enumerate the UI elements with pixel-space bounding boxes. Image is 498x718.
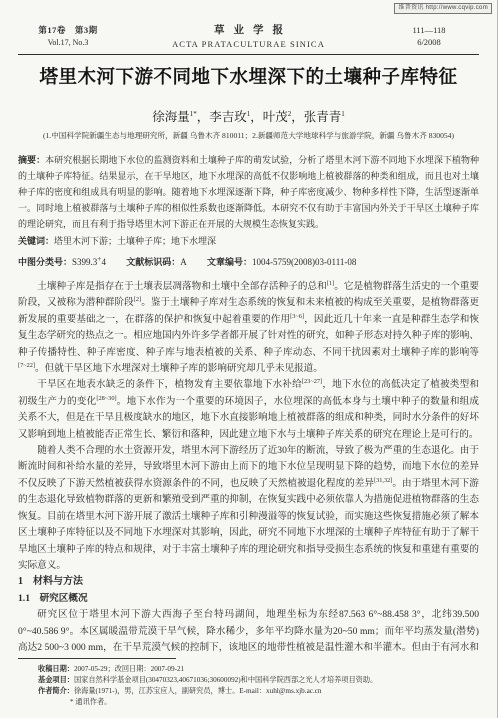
- abstract-text: 本研究根据长期地下水位的监测资料和土壤种子库的萌发试验，分析了塔里木河下游不同地…: [18, 155, 479, 229]
- footnote-corresponding-author: * 通讯作者。: [38, 697, 479, 708]
- article-no-item: 文章编号：1004-5759(2008)03-0111-08: [207, 257, 356, 267]
- body-paragraph-2: 干旱区在地表水缺乏的条件下，植物发育主要依靠地下水补给[23~27]，地下水位的…: [18, 377, 479, 443]
- footnote-author-bio: 作者简介：徐海量(1971-)，男，江苏宝应人，副研究员，博士。E-mail：x…: [38, 686, 479, 697]
- abstract-label: 摘要：: [18, 155, 45, 165]
- journal-title-en: ACTA PRATACULTURAE SINICA: [116, 39, 381, 49]
- footnote-funding: 基金项目：国家自然科学基金项目(30470323,40671036;306000…: [38, 675, 479, 686]
- doc-code-value: A: [180, 257, 187, 267]
- body-paragraph-1: 土壤种子库是指存在于土壤表层凋落物和土壤中全部存活种子的总和[1]。它是植物群落…: [18, 279, 479, 377]
- header-volume-block: 第17卷 第3期 Vol.17, No.3: [20, 24, 116, 47]
- authors-line: 徐海量1*，李吉玫1，叶茂2，张青青1: [18, 107, 479, 125]
- abstract-block: 摘要：本研究根据长期地下水位的监测资料和土壤种子库的萌发试验，分析了塔里木河下游…: [18, 152, 479, 232]
- footnote-divider: [18, 658, 176, 659]
- volume-issue-en: Vol.17, No.3: [20, 38, 116, 47]
- article-body: 土壤种子库是指存在于土壤表层凋落物和土壤中全部存活种子的总和[1]。它是植物群落…: [18, 279, 479, 689]
- clc-item: 中图分类号：S399.3+4: [18, 257, 106, 267]
- volume-issue-cn: 第17卷 第3期: [20, 24, 116, 36]
- header-issue-block: 111—118 6/2008: [381, 25, 477, 47]
- cqvip-watermark: 维普资讯 http://www.cqvip.com: [394, 3, 492, 14]
- keywords-line: 关键词：塔里木河下游；土壤种子库；地下水埋深: [18, 233, 479, 249]
- article-no-label: 文章编号：: [207, 257, 252, 267]
- article-title: 塔里木河下游不同地下水埋深下的土壤种子库特征: [18, 66, 479, 90]
- clc-value: S399.3+4: [72, 257, 106, 267]
- journal-title-cn: 草业学报: [116, 22, 381, 37]
- clc-label: 中图分类号：: [18, 257, 72, 267]
- footnote-received-date: 收稿日期：2007-05-29；改回日期：2007-09-21: [38, 664, 479, 675]
- journal-page: 维普资讯 http://www.cqvip.com 第17卷 第3期 Vol.1…: [0, 0, 498, 718]
- section-heading-1-1: 1.1 研究区概况: [18, 591, 479, 607]
- keywords-text: 塔里木河下游；土壤种子库；地下水埋深: [54, 236, 216, 246]
- issue-date: 6/2008: [381, 37, 477, 47]
- affiliation-line: (1.中国科学院新疆生态与地理研究所，新疆 乌鲁木齐 810011；2.新疆师范…: [18, 130, 479, 141]
- page-range: 111—118: [381, 25, 477, 35]
- footnote-block: 收稿日期：2007-05-29；改回日期：2007-09-21 基金项目：国家自…: [18, 656, 479, 708]
- page-content: 第17卷 第3期 Vol.17, No.3 草业学报 ACTA PRATACUL…: [0, 0, 497, 689]
- doc-code-item: 文献标识码：A: [126, 257, 187, 267]
- footnotes: 收稿日期：2007-05-29；改回日期：2007-09-21 基金项目：国家自…: [18, 664, 479, 708]
- journal-header: 第17卷 第3期 Vol.17, No.3 草业学报 ACTA PRATACUL…: [18, 22, 479, 55]
- body-paragraph-3: 随着人类不合理的水土资源开发，塔里木河下游经历了近30年的断流，导致了极为严重的…: [18, 443, 479, 574]
- section-heading-1: 1 材料与方法: [18, 574, 479, 590]
- classification-line: 中图分类号：S399.3+4 文献标识码：A 文章编号：1004-5759(20…: [18, 251, 479, 270]
- header-journal-block: 草业学报 ACTA PRATACULTURAE SINICA: [116, 22, 381, 49]
- article-no-value: 1004-5759(2008)03-0111-08: [252, 257, 356, 267]
- doc-code-label: 文献标识码：: [126, 257, 180, 267]
- keywords-label: 关键词：: [18, 236, 54, 246]
